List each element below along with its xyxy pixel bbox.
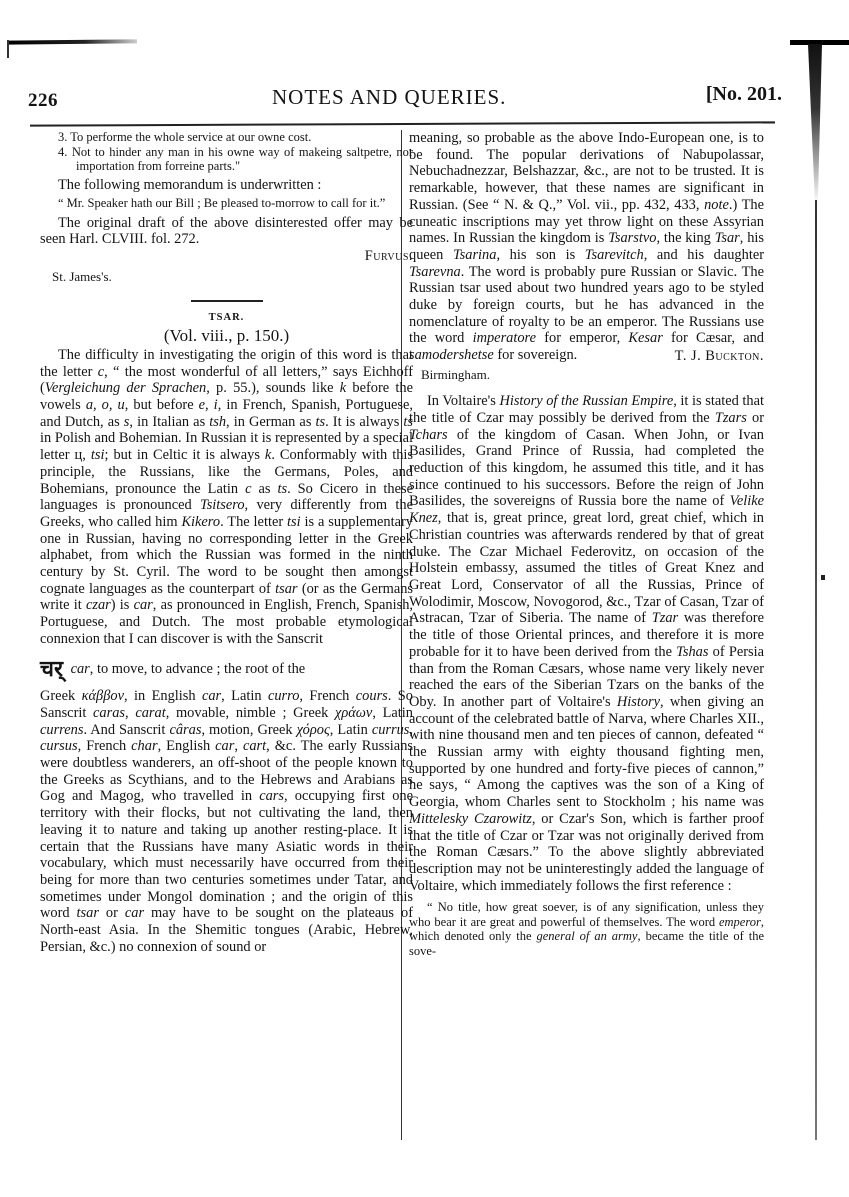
header-rule bbox=[30, 121, 775, 126]
scan-edge-artifact bbox=[7, 39, 137, 44]
running-head: 226 NOTES AND QUERIES. [No. 201. bbox=[22, 82, 782, 112]
article-reference: (Vol. viii., p. 150.) bbox=[40, 328, 413, 345]
block-quote: “ No title, how great soever, is of any … bbox=[409, 900, 764, 958]
article-paragraph: The difficulty in investigating the orig… bbox=[40, 347, 413, 648]
signature-furvus: Furvus. bbox=[40, 248, 413, 265]
list-item: 3. To performe the whole service at our … bbox=[40, 130, 413, 145]
scan-speck bbox=[821, 575, 825, 580]
paragraph-gap bbox=[409, 383, 764, 393]
article-paragraph: Greek κάββον, in English car, Latin curr… bbox=[40, 688, 413, 955]
article-paragraph: In Voltaire's History of the Russian Emp… bbox=[409, 393, 764, 894]
section-rule bbox=[191, 300, 263, 302]
sanskrit-line: चर् car, to move, to advance ; the root … bbox=[40, 654, 413, 685]
left-column: 3. To performe the whole service at our … bbox=[40, 130, 413, 956]
memo-quote: “ Mr. Speaker hath our Bill ; Be pleased… bbox=[40, 196, 413, 211]
place-birmingham: Birmingham. bbox=[409, 367, 764, 384]
list-item: 4. Not to hinder any man in his owne way… bbox=[40, 145, 413, 174]
sanskrit-glyph: चर् bbox=[40, 656, 63, 681]
journal-title: NOTES AND QUERIES. bbox=[272, 85, 506, 110]
page-spine-shadow bbox=[808, 44, 822, 204]
draft-note: The original draft of the above disinter… bbox=[40, 215, 413, 248]
place-st-james: St. James's. bbox=[40, 269, 413, 286]
page-edge-line bbox=[815, 200, 817, 1140]
right-column: meaning, so probable as the above Indo-E… bbox=[409, 130, 764, 958]
issue-number: [No. 201. bbox=[706, 83, 782, 106]
article-title: TSAR. bbox=[40, 310, 413, 327]
article-paragraph: meaning, so probable as the above Indo-E… bbox=[409, 130, 764, 364]
memo-intro: The following memorandum is underwritten… bbox=[40, 177, 413, 194]
page-number: 226 bbox=[28, 90, 58, 112]
scan-edge-artifact bbox=[7, 40, 9, 58]
